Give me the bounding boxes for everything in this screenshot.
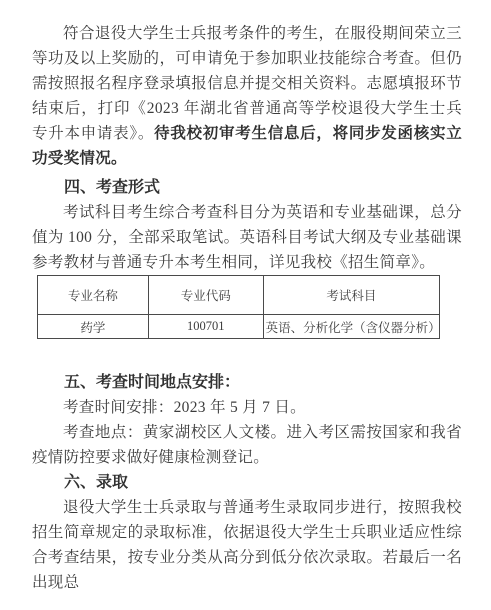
table-cell-major-name: 药学 <box>38 315 149 339</box>
section-heading-admission: 六、录取 <box>32 470 462 495</box>
table-row: 药学 100701 英语、分析化学（含仪器分析） <box>38 315 440 339</box>
intro-paragraph: 符合退役大学生士兵报考条件的考生，在服役期间荣立三等功及以上奖励的，可申请免于参… <box>32 21 462 171</box>
majors-table: 专业名称 专业代码 考试科目 药学 100701 英语、分析化学（含仪器分析） <box>37 275 440 339</box>
exam-format-paragraph: 考试科目考生综合考查科目分为英语和专业基础课，总分值为 100 分，全部采取笔试… <box>32 200 462 275</box>
section-heading-time-place: 五、考查时间地点安排： <box>32 370 462 395</box>
table-cell-major-code: 100701 <box>148 315 263 339</box>
document-content: 符合退役大学生士兵报考条件的考生，在服役期间荣立三等功及以上奖励的，可申请免于参… <box>0 0 491 595</box>
table-header-major-code: 专业代码 <box>148 276 263 315</box>
exam-time-paragraph: 考查时间安排：2023 年 5 月 7 日。 <box>32 395 462 420</box>
table-cell-exam-subjects: 英语、分析化学（含仪器分析） <box>263 315 439 339</box>
document-page: 符合退役大学生士兵报考条件的考生，在服役期间荣立三等功及以上奖励的，可申请免于参… <box>0 0 491 610</box>
table-header-row: 专业名称 专业代码 考试科目 <box>38 276 440 315</box>
section-heading-exam-format: 四、考查形式 <box>32 175 462 200</box>
exam-place-paragraph: 考查地点：黄家湖校区人文楼。进入考区需按国家和我省疫情防控要求做好健康检测登记。 <box>32 420 462 470</box>
admission-paragraph: 退役大学生士兵录取与普通考生录取同步进行，按照我校招生简章规定的录取标准，依据退… <box>32 495 462 595</box>
table-header-major-name: 专业名称 <box>38 276 149 315</box>
table-header-exam-subjects: 考试科目 <box>263 276 439 315</box>
